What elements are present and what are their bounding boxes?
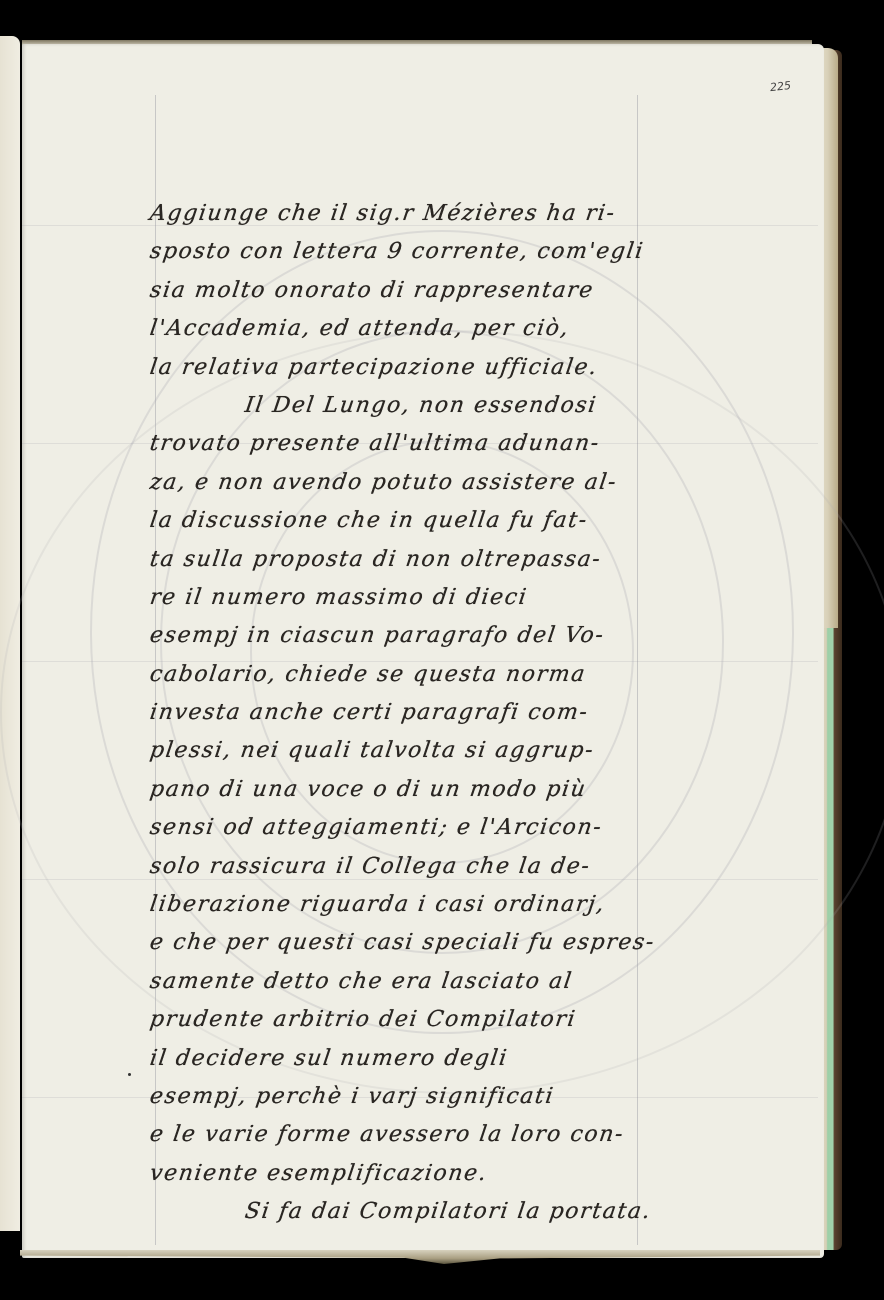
text-line: la discussione che in quella fu fat- — [147, 502, 652, 540]
ink-dot — [128, 1073, 131, 1076]
text-line: trovato presente all'ultima adunan- — [147, 425, 652, 463]
handwritten-text-block: Aggiunge che il sig.r Mézières ha ri- sp… — [150, 195, 650, 1232]
text-line: re il numero massimo di dieci — [147, 579, 652, 617]
text-line-paragraph-start: Si fa dai Compilatori la portata. — [147, 1193, 652, 1231]
text-line: prudente arbitrio dei Compilatori — [147, 1001, 652, 1039]
text-line: sensi od atteggiamenti; e l'Arcicon- — [147, 809, 652, 847]
text-line: esempj in ciascun paragrafo del Vo- — [147, 617, 652, 655]
text-line: samente detto che era lasciato al — [147, 963, 652, 1001]
text-line: esempj, perchè i varj significati — [147, 1078, 652, 1116]
text-line: za, e non avendo potuto assistere al- — [147, 464, 652, 502]
text-line: liberazione riguarda i casi ordinarj, — [147, 886, 652, 924]
text-line: investa anche certi paragrafi com- — [147, 694, 652, 732]
text-line: il decidere sul numero degli — [147, 1040, 652, 1078]
facing-page-edge — [0, 36, 20, 1231]
text-line: cabolario, chiede se questa norma — [147, 656, 652, 694]
text-line: sia molto onorato di rappresentare — [147, 272, 652, 310]
text-line: solo rassicura il Collega che la de- — [147, 848, 652, 886]
text-line: e che per questi casi speciali fu espres… — [147, 924, 652, 962]
text-line: l'Accademia, ed attenda, per ciò, — [147, 310, 652, 348]
text-line: ta sulla proposta di non oltrepassa- — [147, 541, 652, 579]
text-line: Aggiunge che il sig.r Mézières ha ri- — [147, 195, 652, 233]
text-line-paragraph-start: Il Del Lungo, non essendosi — [147, 387, 652, 425]
text-line: veniente esemplificazione. — [147, 1155, 652, 1193]
text-line: plessi, nei quali talvolta si aggrup- — [147, 732, 652, 770]
text-line: pano di una voce o di un modo più — [147, 771, 652, 809]
text-line: sposto con lettera 9 corrente, com'egli — [147, 233, 652, 271]
text-line: la relativa partecipazione ufficiale. — [147, 349, 652, 387]
folio-number: 225 — [769, 79, 791, 94]
text-line: e le varie forme avessero la loro con- — [147, 1116, 652, 1154]
